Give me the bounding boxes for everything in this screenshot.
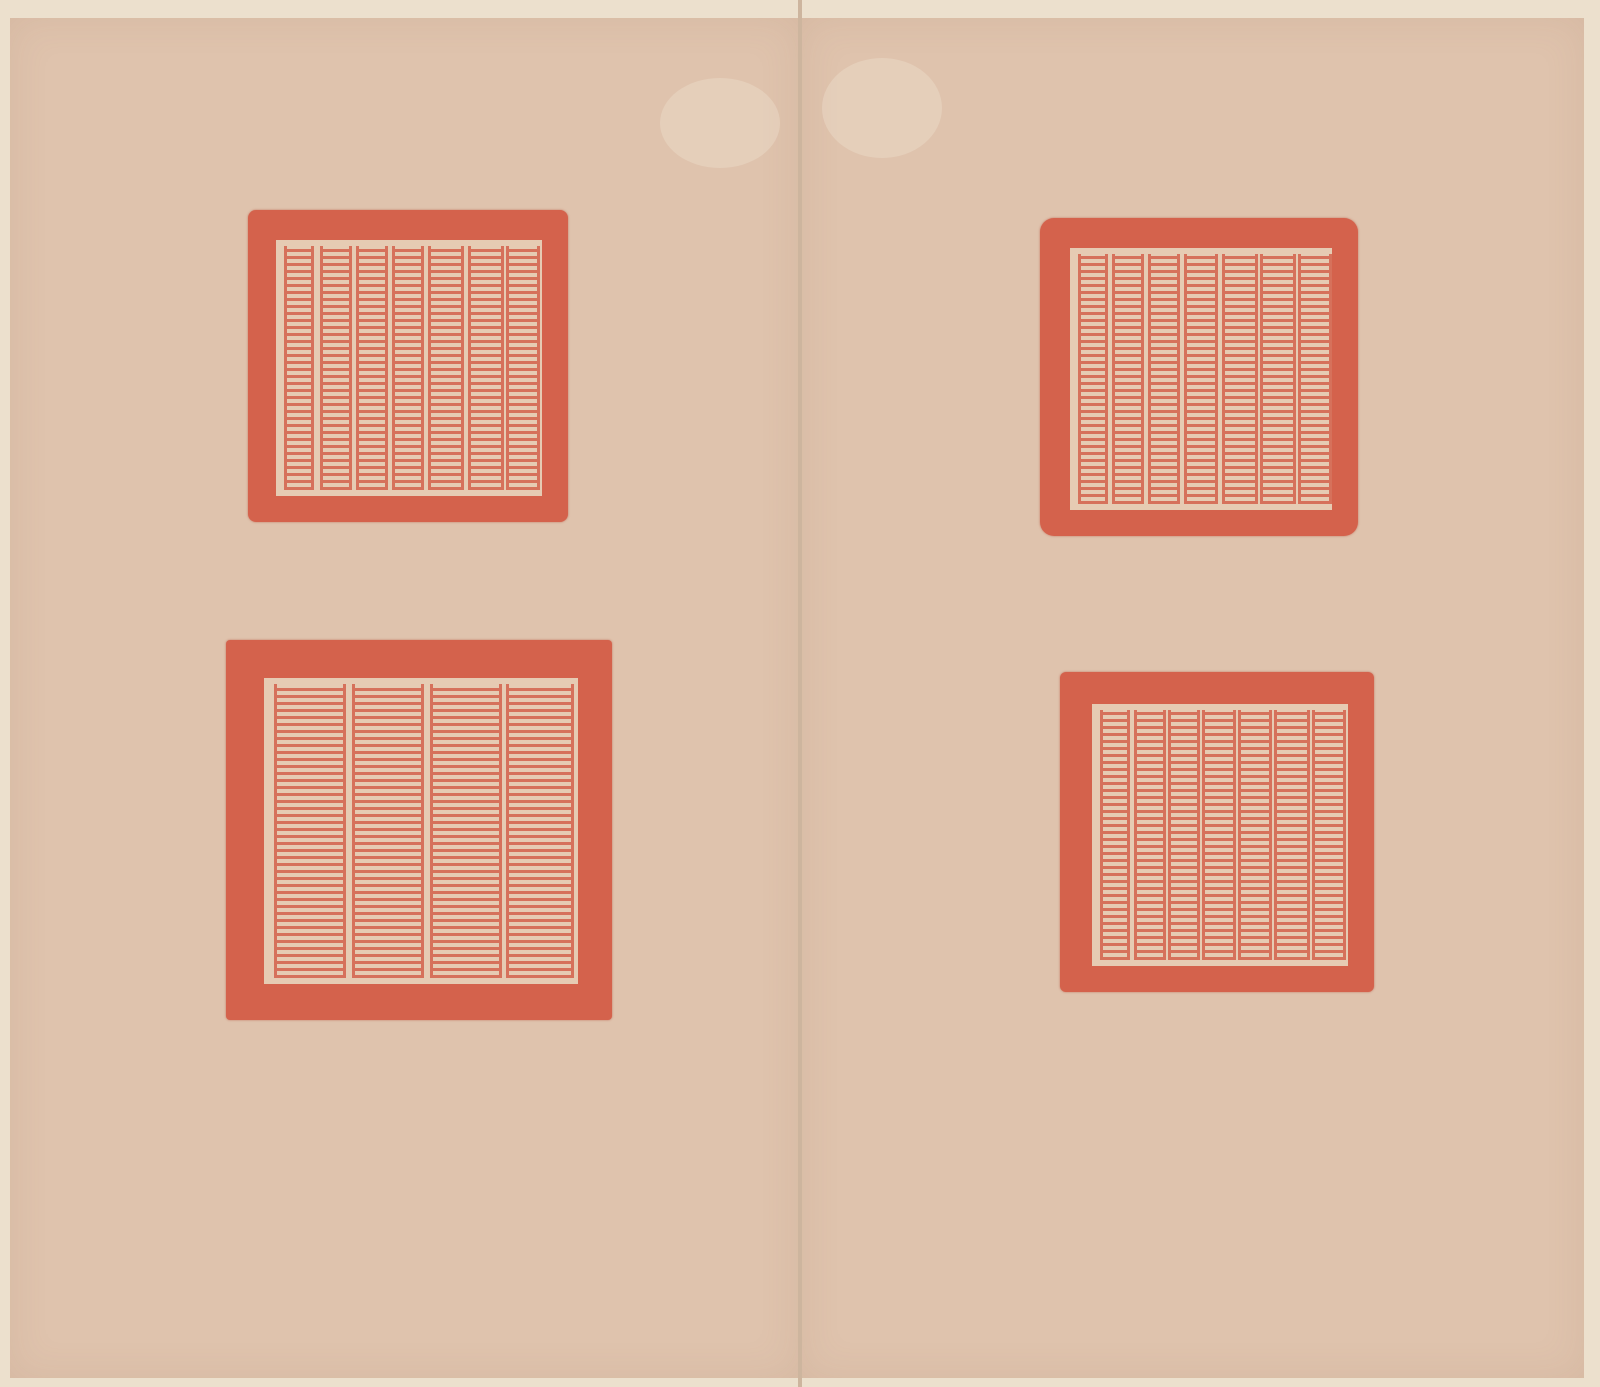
water-stain bbox=[660, 78, 780, 168]
seal-top-right bbox=[1040, 218, 1358, 536]
seal-bottom-left bbox=[226, 640, 612, 1020]
seal-top-left bbox=[248, 210, 568, 522]
seal-bottom-right bbox=[1060, 672, 1374, 992]
water-stain bbox=[822, 58, 942, 158]
book-gutter bbox=[798, 0, 802, 1387]
